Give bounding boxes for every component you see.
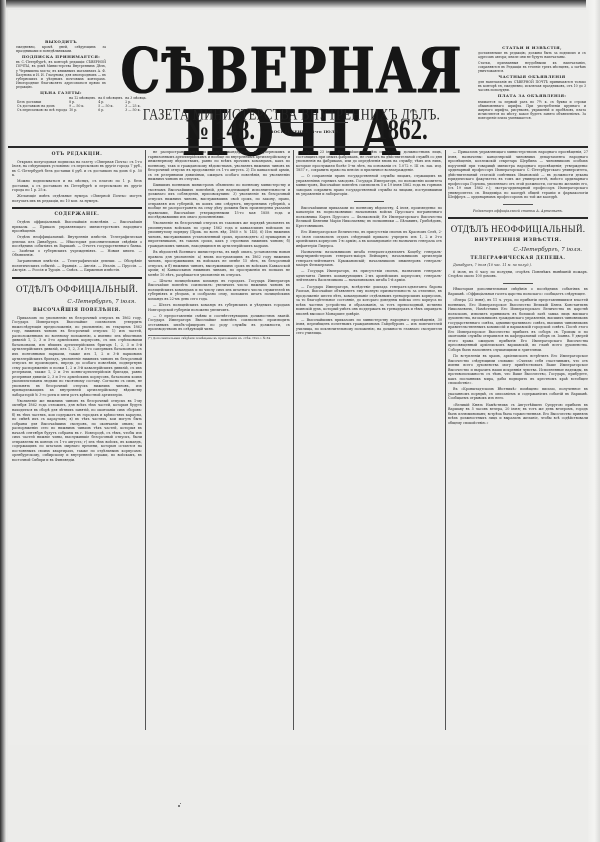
editorial-heading: ОТЪ РЕДАКЦІИ.: [12, 153, 142, 158]
issue-number: № 148.: [186, 114, 255, 147]
footnote: (*) Дополнительныя свѣдѣнія помѣщены въ …: [148, 335, 290, 341]
article-paragraph: фабрикъ, 23 іюня, Высочайше повелѣть сои…: [296, 150, 442, 173]
contents-paragraph: Заграничныя извѣстія. — Телеграфическія …: [12, 259, 142, 273]
decree-paragraph: Увольненіе же нижнихъ чиновъ въ безсрочн…: [12, 399, 142, 463]
editor-note: Редакторъ оффиціальной статьи А. Артемье…: [448, 209, 588, 214]
separator-rule: [354, 201, 384, 202]
issue-rule: [258, 122, 348, 123]
column-divider: [293, 150, 294, 730]
article-paragraph: Назначены: начальникомъ штаба генералъ-а…: [296, 250, 442, 268]
ads-text: для напечатанія въ СѢВЕРНОЙ ПОЧТѢ приним…: [478, 80, 586, 92]
issue-date: ВОСКРЕСЕНЬЕ, 8-го ІЮЛЯ.: [260, 129, 350, 134]
domestic-news-heading: ВНУТРЕННІЯ ИЗВѢСТІЯ.: [448, 238, 588, 243]
column-3: фабрикъ, 23 іюня, Высочайше повелѣть сои…: [296, 150, 442, 840]
editorial-paragraph: Можно подписываться и на мѣсяцъ, съ плат…: [12, 179, 142, 193]
separator-rule: [503, 204, 533, 205]
warsaw-paragraph: Въ «Кронштадтскомъ Вѣстникѣ» помѣщено пи…: [448, 387, 588, 401]
telegraph-heading: ТЕЛЕГРАФИЧЕСКАЯ ДЕПЕША.: [448, 257, 588, 262]
publishes-text: ежедневно, кромѣ дней, слѣдующихъ за пра…: [16, 45, 106, 53]
article-paragraph: Бывшимъ военнымъ министромъ объявлено по…: [148, 183, 290, 219]
issue-year: 1862.: [376, 114, 428, 147]
telegraph-text: 6 іюля, въ 6 часу по полудни, сгорѣлъ По…: [448, 270, 588, 279]
article-paragraph: — Приказомъ управляющаго министерствомъ …: [448, 150, 588, 200]
article-paragraph: Его Императорское Величество, въ присутс…: [296, 230, 442, 248]
bottom-margin: [8, 745, 588, 842]
article-paragraph: — Государь Императоръ, вслѣдствіе доклад…: [296, 285, 442, 317]
subscription-heading: ПОДПИСКА ПРИНИМАЕТСЯ:: [16, 55, 106, 59]
article-paragraph: — Штаты полицейскихъ командъ въ городахъ…: [148, 279, 290, 302]
ads-heading: ЧАСТНЫЯ ОБЪЯВЛЕНІЯ: [478, 75, 586, 79]
article-paragraph: Высочайшими приказами по военному вѣдомс…: [296, 206, 442, 229]
decrees-heading: ВЫСОЧАЙШІЯ ПОВЕЛѢНІЯ.: [12, 309, 142, 314]
article-paragraph: — Государь Императоръ, въ присутствіи св…: [296, 269, 442, 283]
newspaper-page: ВЫХОДИТЪ ежедневно, кромѣ дней, слѣдующи…: [8, 10, 588, 842]
contents-paragraph: Отдѣлъ оффиціальный. Высочайшія повелѣні…: [12, 220, 142, 234]
warsaw-paragraph: «Великій Князь Намѣстникъ съ Августѣйшею…: [448, 403, 588, 426]
warsaw-paragraph: «Вчера (22 іюня), въ 11 ч. утра, по приб…: [448, 298, 588, 353]
dateline: С.-Петербургъ, 7 іюля.: [12, 299, 136, 306]
editorial-paragraph: Открыта полугодовая подписка на газету «…: [12, 160, 142, 178]
editorial-paragraph: Желающіе имѣть отдѣльные нумера «Сѣверно…: [12, 194, 142, 203]
article-paragraph: не распространяемымъ, по корпусу жандарм…: [148, 150, 290, 182]
decree-paragraph: Приказомъ по увольненію въ безсрочный от…: [12, 316, 142, 398]
contents-paragraph: Отдѣлъ неоффиціальный. Внутреннія извѣст…: [12, 235, 142, 258]
price-heading: ЦѢНА ГАЗЕТЫ:: [16, 91, 106, 95]
subscription-text: въ С.-Петербургѣ, въ конторѣ редакціи СѢ…: [16, 60, 106, 89]
scan-edge-top: [0, 0, 600, 8]
section-rule: [12, 277, 142, 279]
dateline: С.-Петербургъ, 7 іюля.: [448, 247, 582, 254]
article-paragraph: — О сохраненіи правъ государственной слу…: [296, 174, 442, 197]
masthead-rule: [8, 146, 588, 148]
articles-text: доставляемые въ редакцію, должны быть за…: [478, 51, 586, 59]
scan-edge-right: [586, 0, 600, 842]
fee-heading: ПЛАТА ЗА ОБЪЯВЛЕНІЯ:: [478, 94, 586, 98]
telegraph-dateline: Динабургъ, 7 іюля (10 час. 11 м. по полу…: [448, 263, 588, 268]
column-1: ОТЪ РЕДАКЦІИ. Открыта полугодовая подпис…: [12, 150, 142, 840]
article-paragraph: — Высочайшимъ приказомъ по министерству …: [296, 318, 442, 336]
masthead-left-info-box: ВЫХОДИТЪ ежедневно, кромѣ дней, слѣдующи…: [16, 38, 106, 113]
column-divider: [445, 150, 446, 730]
official-section-heading: ОТДѢЛЪ ОФФИЦІАЛЬНЫЙ.: [12, 284, 142, 295]
fee-text: взимается за первый разъ по 7½ к. съ бук…: [478, 100, 586, 120]
article-paragraph: Въ вѣдомствѣ Военнаго министерства, въ в…: [148, 250, 290, 277]
masthead-right-info-box: СТАТЬИ И ИЗВѢСТІЯ, доставляемые въ редак…: [478, 44, 586, 122]
warsaw-paragraph: Нѣкоторыя дополнительныя свѣдѣнія о посл…: [448, 287, 588, 296]
publishes-heading: ВЫХОДИТЪ: [16, 40, 106, 44]
articles-text-2: Статьи, признанныя неудобными къ напечат…: [478, 61, 586, 73]
contents-heading: СОДЕРЖАНІЕ.: [12, 213, 142, 218]
warsaw-paragraph: По вступленіи въ храмъ, архіепископъ вст…: [448, 354, 588, 386]
print-speck: [178, 805, 180, 807]
column-4: — Приказомъ управляющаго министерствомъ …: [448, 150, 588, 840]
print-speck: [180, 803, 181, 804]
unofficial-section-heading: ОТДѢЛЪ НЕОФФИЦІАЛЬНЫЙ.: [448, 224, 588, 235]
section-rule: [448, 217, 588, 219]
article-paragraph: — Штатъ полицейскихъ командъ въ губернск…: [148, 303, 290, 312]
articles-heading: СТАТЬИ И ИЗВѢСТІЯ,: [478, 46, 586, 50]
separator-rule: [503, 283, 533, 284]
article-paragraph: — О предоставленіи смѣны и соотвѣтствующ…: [148, 314, 290, 332]
section-rule: [12, 207, 142, 209]
article-paragraph: Увольненіе въ безсрочный отпускъ въ тако…: [148, 221, 290, 248]
column-divider: [145, 150, 146, 730]
column-2: не распространяемымъ, по корпусу жандарм…: [148, 150, 290, 840]
scan-edge-left: [0, 0, 6, 842]
